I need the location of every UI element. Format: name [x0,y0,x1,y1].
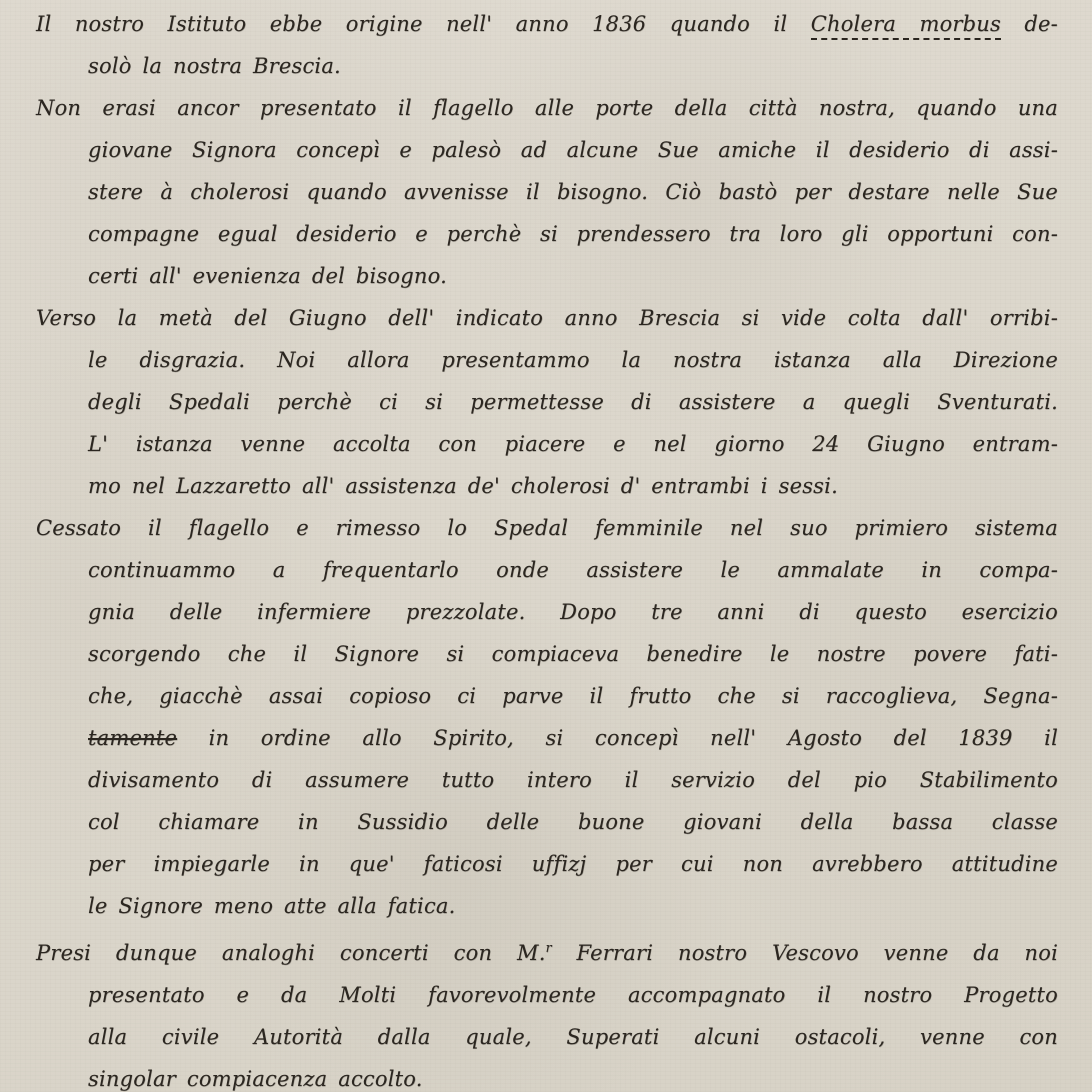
text-segment: de- [1001,12,1058,36]
paragraph: Non erasi ancor presentato il flagello a… [24,87,1058,297]
text-segment: scorgendo che il Signore si compiaceva b… [88,642,1058,666]
text-segment: divisamento di assumere tutto intero il … [88,768,1058,792]
text-line: giovane Signora concepì e palesò ad alcu… [24,129,1058,171]
text-segment: L' istanza venne accolta con piacere e n… [88,432,1058,456]
text-line: Cessato il flagello e rimesso lo Spedal … [24,507,1058,549]
text-segment: Verso la metà del Giugno dell' indicato … [36,306,1058,330]
paragraph: Presi dunque analoghi concerti con M.r F… [24,927,1058,1092]
text-segment: certi all' evenienza del bisogno. [88,264,447,288]
underlined-phrase: Cholera morbus [811,12,1001,40]
text-line: compagne egual desiderio e perchè si pre… [24,213,1058,255]
paragraph: Verso la metà del Giugno dell' indicato … [24,297,1058,507]
text-line: degli Spedali perchè ci si permettesse d… [24,381,1058,423]
text-line: per impiegarle in que' faticosi uffizj p… [24,843,1058,885]
text-line: le disgrazia. Noi allora presentammo la … [24,339,1058,381]
text-line: solò la nostra Brescia. [24,45,1058,87]
text-segment: le disgrazia. Noi allora presentammo la … [88,348,1058,372]
text-line: singolar compiacenza accolto. [24,1058,1058,1092]
text-segment: per impiegarle in que' faticosi uffizj p… [88,852,1058,876]
text-line: Non erasi ancor presentato il flagello a… [24,87,1058,129]
text-segment: stere à cholerosi quando avvenisse il bi… [88,180,1058,204]
paragraph: Cessato il flagello e rimesso lo Spedal … [24,507,1058,927]
text-line: col chiamare in Sussidio delle buone gio… [24,801,1058,843]
text-segment: Presi dunque analoghi concerti con M. [36,941,546,965]
text-line: certi all' evenienza del bisogno. [24,255,1058,297]
text-segment: singolar compiacenza accolto. [88,1067,423,1091]
text-segment: Il nostro Istituto ebbe origine nell' an… [36,12,811,36]
text-segment: solò la nostra Brescia. [88,54,341,78]
text-line: tamente in ordine allo Spirito, si conce… [24,717,1058,759]
text-line: Presi dunque analoghi concerti con M.r F… [24,927,1058,974]
text-segment: giovane Signora concepì e palesò ad alcu… [88,138,1058,162]
text-line: stere à cholerosi quando avvenisse il bi… [24,171,1058,213]
text-segment: continuammo a frequentarlo onde assister… [88,558,1058,582]
manuscript-page: Il nostro Istituto ebbe origine nell' an… [0,0,1092,1092]
text-segment: col chiamare in Sussidio delle buone gio… [88,810,1058,834]
text-segment: Cessato il flagello e rimesso lo Spedal … [36,516,1058,540]
text-segment: presentato e da Molti favorevolmente acc… [88,983,1058,1007]
text-segment: gnia delle infermiere prezzolate. Dopo t… [88,600,1058,624]
text-line: alla civile Autorità dalla quale, Supera… [24,1016,1058,1058]
text-line: gnia delle infermiere prezzolate. Dopo t… [24,591,1058,633]
text-segment: in ordine allo Spirito, si concepì nell'… [177,726,1058,750]
text-line: divisamento di assumere tutto intero il … [24,759,1058,801]
text-line: scorgendo che il Signore si compiaceva b… [24,633,1058,675]
text-line: le Signore meno atte alla fatica. [24,885,1058,927]
text-segment: compagne egual desiderio e perchè si pre… [88,222,1058,246]
text-line: Il nostro Istituto ebbe origine nell' an… [24,3,1058,45]
text-segment: mo nel Lazzaretto all' assistenza de' ch… [88,474,838,498]
manuscript-text: Il nostro Istituto ebbe origine nell' an… [0,0,1092,1092]
text-segment: alla civile Autorità dalla quale, Supera… [88,1025,1058,1049]
text-line: L' istanza venne accolta con piacere e n… [24,423,1058,465]
text-segment: Ferrari nostro Vescovo venne da noi [552,941,1058,965]
struck-word: tamente [88,726,177,750]
text-line: Verso la metà del Giugno dell' indicato … [24,297,1058,339]
paragraph: Il nostro Istituto ebbe origine nell' an… [24,3,1058,87]
text-segment: Non erasi ancor presentato il flagello a… [36,96,1058,120]
text-segment: degli Spedali perchè ci si permettesse d… [88,390,1058,414]
text-line: che, giacchè assai copioso ci parve il f… [24,675,1058,717]
text-line: mo nel Lazzaretto all' assistenza de' ch… [24,465,1058,507]
text-segment: le Signore meno atte alla fatica. [88,894,456,918]
text-line: presentato e da Molti favorevolmente acc… [24,974,1058,1016]
text-segment: che, giacchè assai copioso ci parve il f… [88,684,1058,708]
text-line: continuammo a frequentarlo onde assister… [24,549,1058,591]
